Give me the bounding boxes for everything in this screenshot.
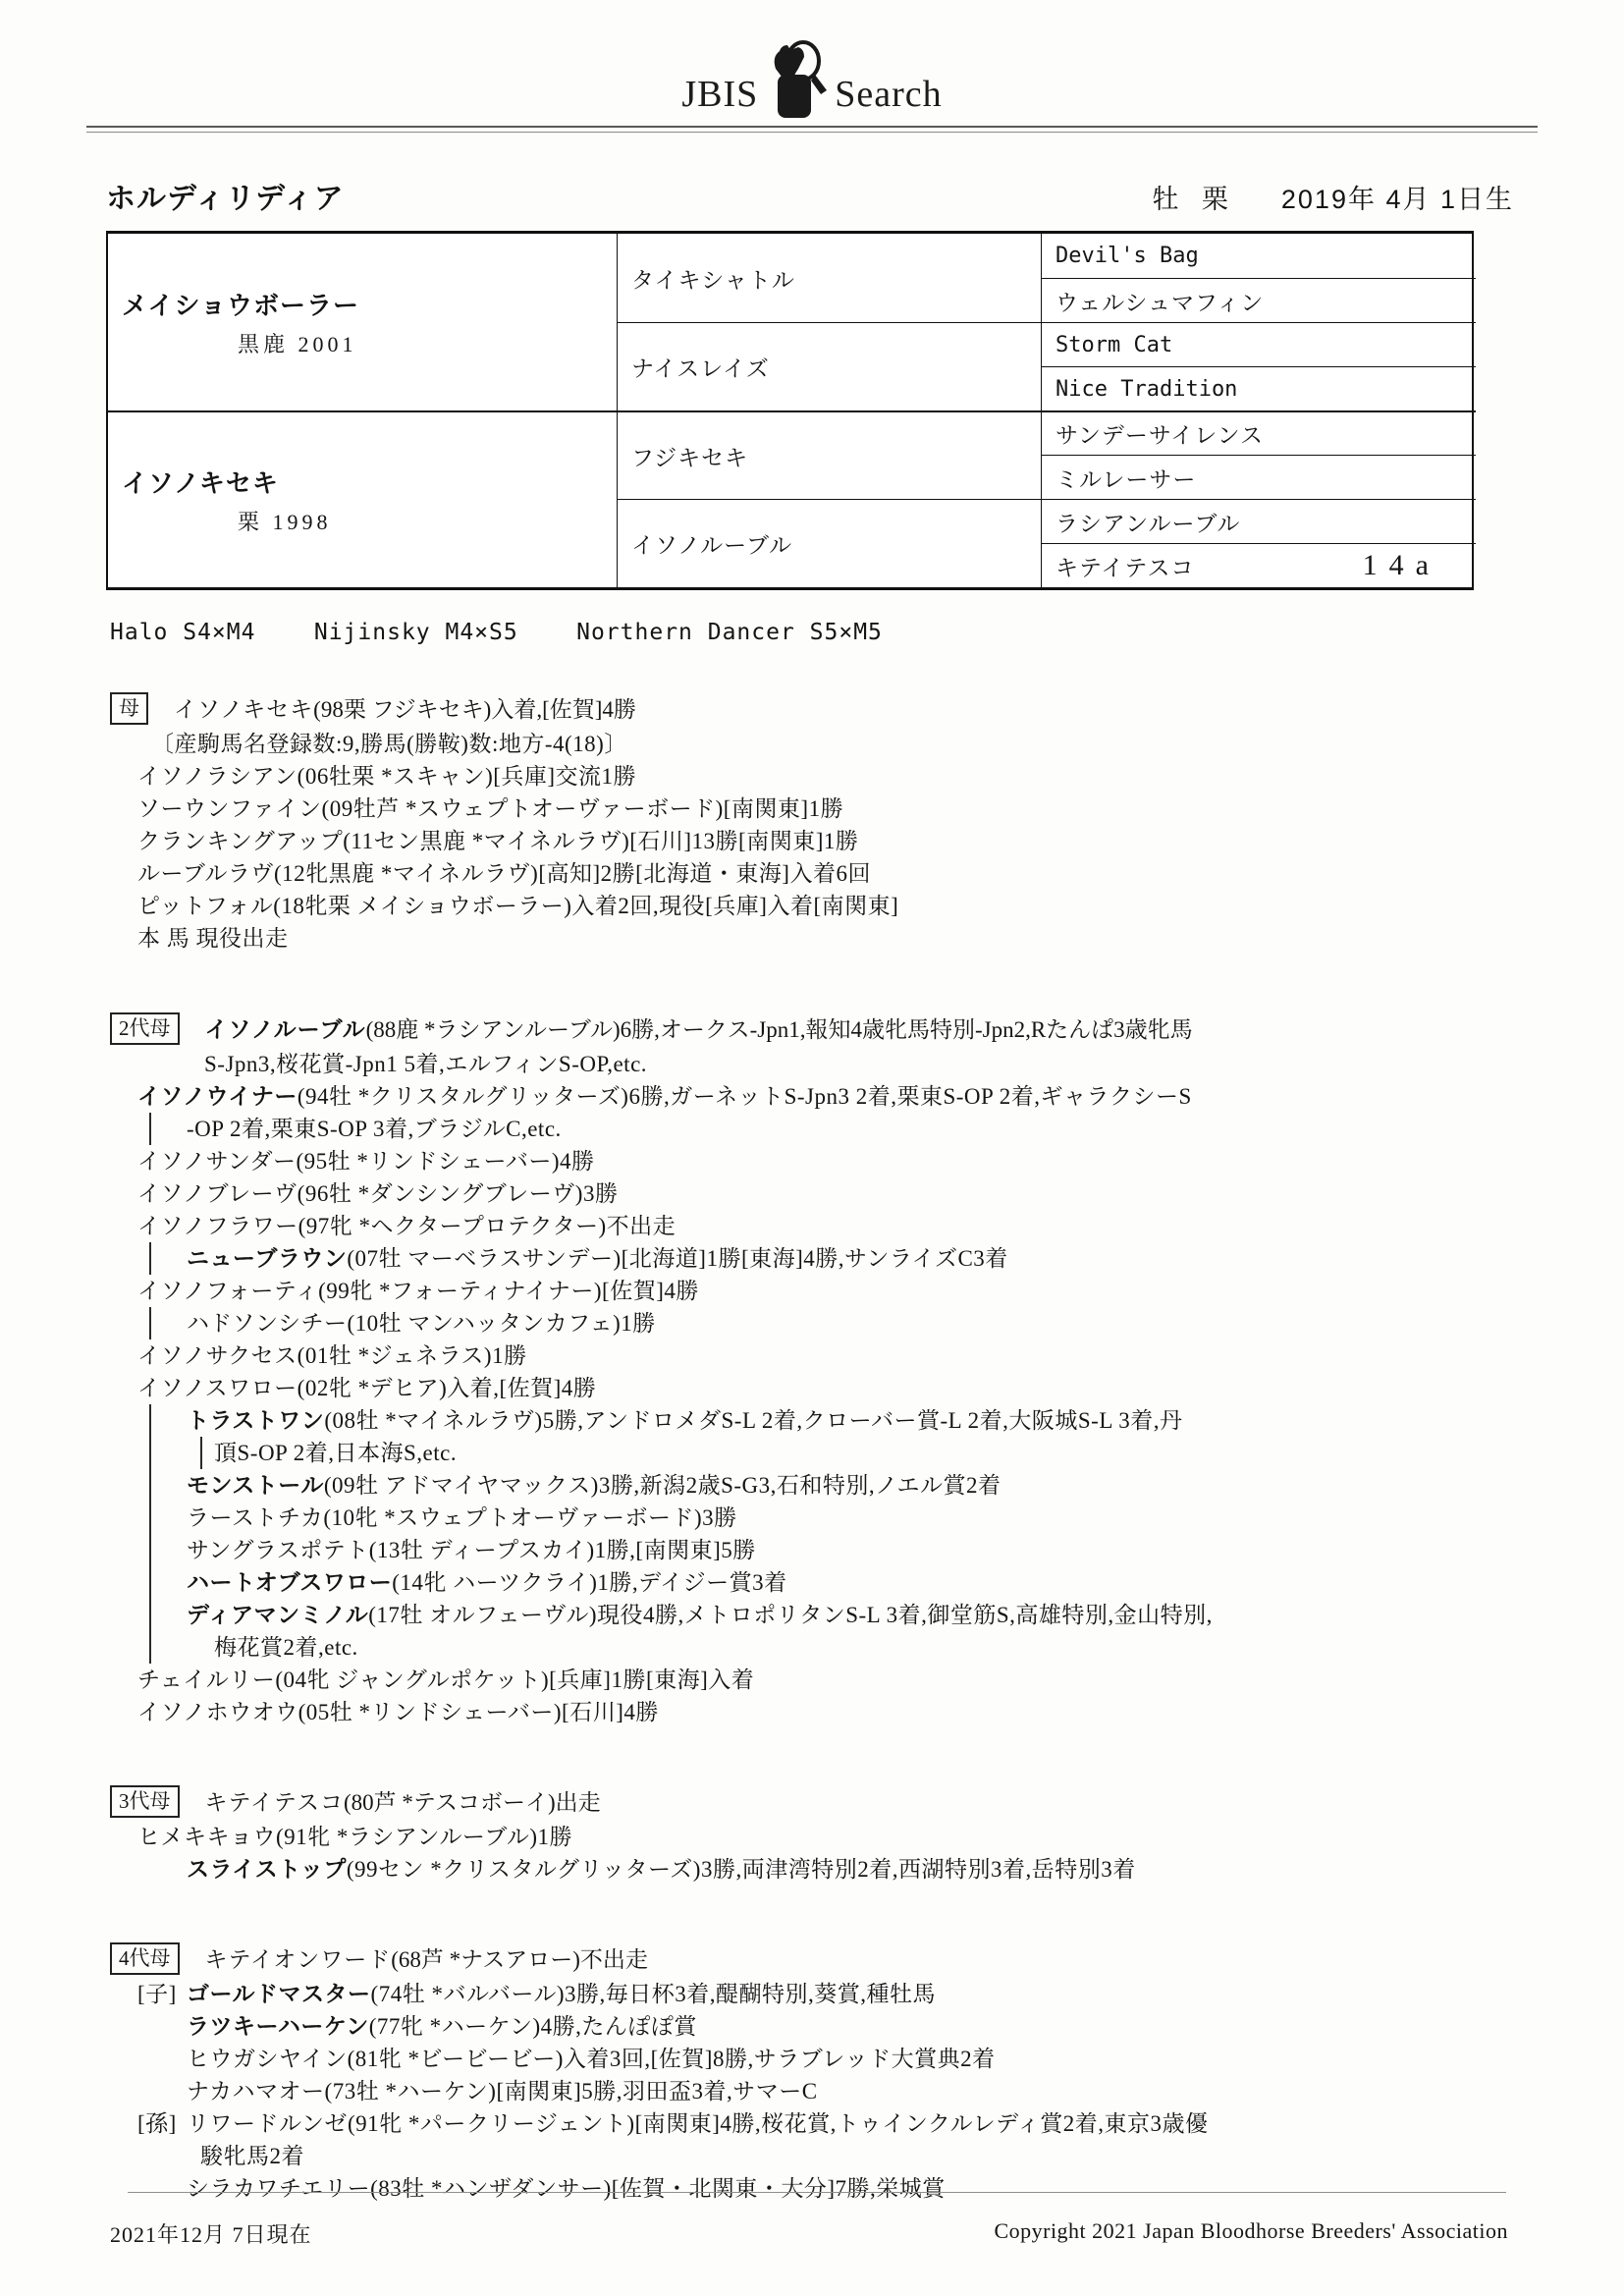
pedigree-line: イソノホウオウ(05牡 *リンドシェーバー)[石川]4勝 — [110, 1696, 1555, 1728]
pedigree-line: イソノサンダー(95牡 *リンドシェーバー)4勝 — [110, 1145, 1555, 1177]
horse-record: (10牝 *スウェプトオーヴァーボード)3勝 — [323, 1505, 736, 1530]
gg-name-4: Nice Tradition — [1056, 377, 1237, 402]
sire-coat-year: 黒鹿 2001 — [122, 328, 357, 358]
horse-name: リワードルンゼ — [187, 2111, 348, 2136]
horse-name: イソノフォーティ — [137, 1279, 318, 1303]
horse-name: ヒメキキョウ — [137, 1825, 276, 1849]
horse-record: (96牡 *ダンシングブレーヴ)3勝 — [298, 1181, 619, 1206]
horse-record: (95牡 *リンドシェーバー)4勝 — [297, 1149, 595, 1174]
pedigree-line: 本 馬 現役出走 — [110, 922, 1555, 955]
horse-record: (18牝栗 メイショウボーラー)入着2回,現役[兵庫]入着[南関東] — [273, 894, 898, 918]
gg-name-8: キテイテスコ — [1056, 550, 1194, 582]
pedigree-line: チェイルリー(04牝 ジャングルポケット)[兵庫]1勝[東海]入着 — [110, 1664, 1555, 1696]
horse-record: (04牝 ジャングルポケット)[兵庫]1勝[東海]入着 — [275, 1667, 754, 1692]
tree-line — [149, 1599, 151, 1631]
tree-line — [200, 1437, 202, 1469]
footer: 2021年12月 7日現在 Copyright 2021 Japan Blood… — [0, 2192, 1624, 2249]
gg-name-6: ミルレーサー — [1056, 462, 1196, 494]
tree-line — [149, 1404, 151, 1437]
jbis-logo-horse-magnifier-icon — [764, 39, 833, 122]
page-title-horse-name: ホルディリディア — [106, 174, 345, 217]
horse-record: (09牡 アドマイヤマックス)3勝,新潟2歳S-G3,石和特別,ノエル賞2着 — [324, 1473, 1001, 1498]
section-dam-record: (98栗 フジキセキ)入着,[佐賀]4勝 — [313, 697, 636, 722]
pedigree-line: ヒウガシヤイン(81牝 *ビービービー)入着3回,[佐賀]8勝,サラブレッド大賞… — [110, 2043, 1555, 2075]
horse-record: (77牝 *ハーケン)4勝,たんぽぽ賞 — [369, 2014, 697, 2039]
pedigree-line: 梅花賞2着,etc. — [110, 1631, 1555, 1664]
tree-line — [149, 1469, 151, 1502]
horse-name: ルーブルラヴ — [137, 861, 274, 886]
horse-name: イソノスワロー — [137, 1376, 298, 1400]
horse-sex-coat: 牡 栗 — [1152, 178, 1236, 216]
pedigree-sections: 母イソノキセキ(98栗 フジキセキ)入着,[佐賀]4勝〔産駒馬名登録数:9,勝馬… — [110, 692, 1555, 2205]
gg-cell-1: Devil's Bag — [1041, 234, 1476, 278]
horse-name: トラストワン — [187, 1407, 324, 1433]
pedigree-line: S-Jpn3,桜花賞-Jpn1 5着,エルフィンS-OP,etc. — [110, 1048, 1555, 1080]
horse-birth-date: 2019年 4月 1日生 — [1281, 178, 1514, 216]
horse-name: クランキングアップ — [137, 829, 343, 853]
horse-name: ラツキーハーケン — [187, 2013, 369, 2039]
pedigree-line: クランキングアップ(11セン黒鹿 *マイネルラヴ)[石川]13勝[南関東]1勝 — [110, 825, 1555, 857]
horse-name: イソノウイナー — [137, 1083, 298, 1109]
pedigree-line: イソノフォーティ(99牝 *フォーティナイナー)[佐賀]4勝 — [110, 1275, 1555, 1307]
footer-rule — [128, 2192, 1506, 2193]
horse-name: ナカハマオー — [187, 2079, 325, 2104]
pedigree-line: ディアマンミノル(17牡 オルフェーヴル)現役4勝,メトロポリタンS-L 3着,… — [110, 1599, 1555, 1631]
horse-name: イソノサンダー — [137, 1149, 297, 1174]
sire-sire-cell: タイキシャトル — [617, 234, 1041, 322]
horse-record: (08牡 *マイネルラヴ)5勝,アンドロメダS-L 2着,クローバー賞-L 2着… — [324, 1408, 1182, 1433]
pedigree-line: モンストール(09牡 アドマイヤマックス)3勝,新潟2歳S-G3,石和特別,ノエ… — [110, 1469, 1555, 1502]
generation-marker: [孫] — [137, 2107, 177, 2140]
jbis-logo: JBIS Search — [0, 39, 1624, 116]
sire-cell: メイショウボーラー 黒鹿 2001 — [108, 234, 617, 410]
pedigree-line: ニューブラウン(07牡 マーベラスサンデー)[北海道]1勝[東海]4勝,サンライ… — [110, 1242, 1555, 1275]
horse-record: (07牡 マーベラスサンデー)[北海道]1勝[東海]4勝,サンライズC3着 — [347, 1246, 1007, 1271]
gg-name-2: ウェルシュマフィン — [1056, 285, 1264, 317]
horse-record: 〔産駒馬名登録数:9,勝馬(勝鞍)数:地方-4(18)〕 — [151, 732, 627, 756]
horse-name: ソーウンファイン — [137, 796, 322, 821]
dam-cell: イソノキセキ 栗 1998 — [108, 410, 617, 587]
gg-cell-7: ラシアンルーブル — [1041, 499, 1476, 543]
gg-cell-5: サンデーサイレンス — [1041, 410, 1476, 455]
horse-name: イソノラシアン — [137, 764, 298, 789]
generation-marker: [子] — [137, 1978, 177, 2010]
pedigree-line: [子]ゴールドマスター(74牡 *バルバール)3勝,毎日杯3着,醍醐特別,葵賞,… — [110, 1978, 1555, 2010]
tree-line — [149, 1113, 151, 1145]
pedigree-line: ソーウンファイン(09牡芦 *スウェプトオーヴァーボード)[南関東]1勝 — [110, 793, 1555, 825]
gg-name-1: Devil's Bag — [1056, 244, 1199, 268]
section-label: 母 — [110, 692, 148, 725]
pedigree-line: イソノラシアン(06牡栗 *スキャン)[兵庫]交流1勝 — [110, 760, 1555, 793]
horse-record: (81牝 *ビービービー)入着3回,[佐賀]8勝,サラブレッド大賞典2着 — [348, 2047, 996, 2071]
pedigree-line: イソノスワロー(02牝 *デヒア)入着,[佐賀]4勝 — [110, 1372, 1555, 1404]
tree-line — [149, 1242, 151, 1275]
gg-name-3: Storm Cat — [1056, 333, 1172, 357]
sire-name: メイショウボーラー — [122, 286, 359, 322]
tree-line — [149, 1502, 151, 1534]
sire-sire-name: タイキシャトル — [631, 262, 795, 295]
pedigree-line: トラストワン(08牡 *マイネルラヴ)5勝,アンドロメダS-L 2着,クローバー… — [110, 1404, 1555, 1437]
pedigree-line: 駿牝馬2着 — [110, 2140, 1555, 2172]
section-head: 2代母イソノルーブル(88鹿 *ラシアンルーブル)6勝,オークス-Jpn1,報知… — [110, 1011, 1555, 1048]
tree-line — [149, 1534, 151, 1566]
gg-cell-3: Storm Cat — [1041, 322, 1476, 366]
pedigree-table: メイショウボーラー 黒鹿 2001 イソノキセキ 栗 1998 タイキシャトル … — [106, 231, 1474, 590]
tree-line — [149, 1437, 151, 1469]
section-dam-name: イソノキセキ — [174, 697, 313, 722]
document-page: JBIS Search ホルディリディア 牡 栗 2019年 4月 1日生 メイ… — [0, 0, 1624, 2296]
dam-dam-cell: イソノルーブル — [617, 499, 1041, 587]
horse-record: 駿牝馬2着 — [200, 2144, 304, 2168]
horse-record: -OP 2着,栗東S-OP 3着,ブラジルC,etc. — [187, 1117, 562, 1141]
horse-record: (94牡 *クリスタルグリッターズ)6勝,ガーネットS-Jpn3 2着,栗東S-… — [298, 1084, 1192, 1109]
horse-record: (06牡栗 *スキャン)[兵庫]交流1勝 — [298, 764, 636, 789]
horse-record: (17牡 オルフェーヴル)現役4勝,メトロポリタンS-L 3着,御堂筋S,高雄特… — [368, 1603, 1213, 1627]
pedigree-line: ヒメキキョウ(91牝 *ラシアンルーブル)1勝 — [110, 1821, 1555, 1853]
horse-name: イソノフラワー — [137, 1214, 298, 1238]
section-dam-record: (80芦 *テスコボーイ)出走 — [344, 1790, 601, 1815]
tree-line — [149, 1631, 151, 1664]
tree-line — [149, 1307, 151, 1339]
horse-record: (91牝 *ラシアンルーブル)1勝 — [276, 1825, 572, 1849]
section-head: 3代母キテイテスコ(80芦 *テスコボーイ)出走 — [110, 1785, 1555, 1821]
pedigree-line: 頂S-OP 2着,日本海S,etc. — [110, 1437, 1555, 1469]
dam-sire-cell: フジキセキ — [617, 410, 1041, 499]
footer-current-date: 2021年12月 7日現在 — [110, 2218, 312, 2249]
dam-name: イソノキセキ — [122, 464, 279, 500]
pedigree-line: サングラスポテト(13牡 ディープスカイ)1勝,[南関東]5勝 — [110, 1534, 1555, 1566]
horse-name: ラーストチカ — [187, 1505, 323, 1530]
horse-record: (10牡 マンハッタンカフェ)1勝 — [347, 1311, 655, 1336]
section-dam-name: キテイテスコ — [205, 1790, 344, 1815]
dam-dam-name: イソノルーブル — [631, 527, 792, 560]
pedigree-line: イソノサクセス(01牡 *ジェネラス)1勝 — [110, 1339, 1555, 1372]
pedigree-line: イソノウイナー(94牡 *クリスタルグリッターズ)6勝,ガーネットS-Jpn3 … — [110, 1080, 1555, 1113]
jbis-logo-text-right: Search — [835, 73, 942, 116]
inbreeding-line: Halo S4×M4 Nijinsky M4×S5 Northern Dance… — [110, 620, 1624, 645]
horse-name: ニューブラウン — [187, 1245, 347, 1271]
pedigree-line: ハートオブスワロー(14牝 ハーツクライ)1勝,デイジー賞3着 — [110, 1566, 1555, 1599]
section-dam-record: (88鹿 *ラシアンルーブル)6勝,オークス-Jpn1,報知4歳牝馬特別-Jpn… — [366, 1017, 1193, 1042]
horse-name: 本 馬 — [137, 926, 189, 951]
header-double-rule — [86, 126, 1538, 133]
pedigree-line: -OP 2着,栗東S-OP 3着,ブラジルC,etc. — [110, 1113, 1555, 1145]
horse-record: (05牡 *リンドシェーバー)[石川]4勝 — [298, 1700, 659, 1724]
dam-coat-year: 栗 1998 — [122, 506, 332, 536]
section-head: 母イソノキセキ(98栗 フジキセキ)入着,[佐賀]4勝 — [110, 692, 1555, 728]
section-3: 3代母キテイテスコ(80芦 *テスコボーイ)出走ヒメキキョウ(91牝 *ラシアン… — [110, 1785, 1555, 1886]
horse-name: ハドソンシチー — [187, 1311, 347, 1336]
horse-name: ハートオブスワロー — [187, 1569, 392, 1595]
section-4: 4代母キテイオンワード(68芦 *ナスアロー)不出走[子]ゴールドマスター(74… — [110, 1942, 1555, 2205]
horse-name: ディアマンミノル — [187, 1602, 368, 1627]
section-dam-record: (68芦 *ナスアロー)不出走 — [391, 1947, 648, 1972]
horse-record: (97牝 *ヘクタープロテクター)不出走 — [298, 1214, 677, 1238]
horse-record: (13牡 ディープスカイ)1勝,[南関東]5勝 — [369, 1538, 756, 1562]
gg-cell-2: ウェルシュマフィン — [1041, 278, 1476, 322]
horse-name: ピットフォル — [137, 894, 273, 918]
dam-sire-name: フジキセキ — [631, 440, 748, 472]
pedigree-line: [孫]リワードルンゼ(91牝 *パークリージェント)[南関東]4勝,桜花賞,トゥ… — [110, 2107, 1555, 2140]
horse-record: (74牡 *バルバール)3勝,毎日杯3着,醍醐特別,葵賞,種牡馬 — [371, 1982, 937, 2006]
gg-cell-4: Nice Tradition — [1041, 366, 1476, 410]
gg-name-5: サンデーサイレンス — [1056, 417, 1264, 450]
section-head: 4代母キテイオンワード(68芦 *ナスアロー)不出走 — [110, 1942, 1555, 1978]
horse-name: モンストール — [187, 1472, 324, 1498]
gg-cell-6: ミルレーサー — [1041, 455, 1476, 499]
horse-record: 現役出走 — [189, 926, 288, 951]
section-dam-name: イソノルーブル — [205, 1016, 366, 1042]
horse-name: スライストップ — [187, 1856, 347, 1882]
pedigree-line: ピットフォル(18牝栗 メイショウボーラー)入着2回,現役[兵庫]入着[南関東] — [110, 890, 1555, 922]
horse-record: (09牡芦 *スウェプトオーヴァーボード)[南関東]1勝 — [322, 796, 844, 821]
horse-name: イソノホウオウ — [137, 1700, 298, 1724]
horse-record: (99セン *クリスタルグリッターズ)3勝,両津湾特別2着,西湖特別3着,岳特別… — [347, 1857, 1136, 1882]
pedigree-line: ルーブルラヴ(12牝黒鹿 *マイネルラヴ)[高知]2勝[北海道・東海]入着6回 — [110, 857, 1555, 890]
pedigree-line: ラツキーハーケン(77牝 *ハーケン)4勝,たんぽぽ賞 — [110, 2010, 1555, 2043]
horse-name: ゴールドマスター — [187, 1981, 371, 2006]
horse-record: (12牝黒鹿 *マイネルラヴ)[高知]2勝[北海道・東海]入着6回 — [274, 861, 871, 886]
horse-record: (91牝 *パークリージェント)[南関東]4勝,桜花賞,トゥインクルレディ賞2着… — [348, 2111, 1209, 2136]
horse-record: (01牡 *ジェネラス)1勝 — [298, 1343, 527, 1368]
horse-name: イソノサクセス — [137, 1343, 298, 1368]
pedigree-line: 〔産駒馬名登録数:9,勝馬(勝鞍)数:地方-4(18)〕 — [110, 728, 1555, 760]
family-number: 14a — [1363, 549, 1440, 582]
jbis-logo-text-left: JBIS — [681, 73, 758, 116]
section-dam-name: キテイオンワード — [205, 1947, 392, 1972]
pedigree-line: ナカハマオー(73牡 *ハーケン)[南関東]5勝,羽田盃3着,サマーC — [110, 2075, 1555, 2107]
horse-record: (11セン黒鹿 *マイネルラヴ)[石川]13勝[南関東]1勝 — [343, 829, 858, 853]
pedigree-line: ハドソンシチー(10牡 マンハッタンカフェ)1勝 — [110, 1307, 1555, 1339]
horse-record: 頂S-OP 2着,日本海S,etc. — [214, 1441, 457, 1465]
sire-dam-name: ナイスレイズ — [631, 351, 770, 383]
section-label: 4代母 — [110, 1942, 180, 1975]
section-label: 2代母 — [110, 1012, 180, 1045]
horse-record: (73牡 *ハーケン)[南関東]5勝,羽田盃3着,サマーC — [325, 2079, 818, 2104]
horse-record: (99牝 *フォーティナイナー)[佐賀]4勝 — [318, 1279, 699, 1303]
horse-record: S-Jpn3,桜花賞-Jpn1 5着,エルフィンS-OP,etc. — [204, 1052, 647, 1076]
pedigree-line: イソノフラワー(97牝 *ヘクタープロテクター)不出走 — [110, 1210, 1555, 1242]
horse-record: (02牝 *デヒア)入着,[佐賀]4勝 — [298, 1376, 597, 1400]
section-1: 母イソノキセキ(98栗 フジキセキ)入着,[佐賀]4勝〔産駒馬名登録数:9,勝馬… — [110, 692, 1555, 955]
tree-line — [149, 1566, 151, 1599]
pedigree-line: ラーストチカ(10牝 *スウェプトオーヴァーボード)3勝 — [110, 1502, 1555, 1534]
pedigree-line: イソノブレーヴ(96牡 *ダンシングブレーヴ)3勝 — [110, 1177, 1555, 1210]
footer-copyright: Copyright 2021 Japan Bloodhorse Breeders… — [994, 2218, 1508, 2249]
section-2: 2代母イソノルーブル(88鹿 *ラシアンルーブル)6勝,オークス-Jpn1,報知… — [110, 1011, 1555, 1728]
horse-name: サングラスポテト — [187, 1538, 369, 1562]
section-label: 3代母 — [110, 1785, 180, 1818]
horse-record: 梅花賞2着,etc. — [214, 1635, 358, 1660]
horse-name: チェイルリー — [137, 1667, 275, 1692]
sire-dam-cell: ナイスレイズ — [617, 322, 1041, 410]
horse-record: (14牝 ハーツクライ)1勝,デイジー賞3着 — [392, 1570, 786, 1595]
pedigree-line: スライストップ(99セン *クリスタルグリッターズ)3勝,両津湾特別2着,西湖特… — [110, 1853, 1555, 1886]
gg-cell-8: キテイテスコ 14a — [1041, 543, 1476, 587]
gg-name-7: ラシアンルーブル — [1056, 506, 1240, 538]
horse-name: イソノブレーヴ — [137, 1181, 298, 1206]
horse-name: ヒウガシヤイン — [187, 2047, 348, 2071]
